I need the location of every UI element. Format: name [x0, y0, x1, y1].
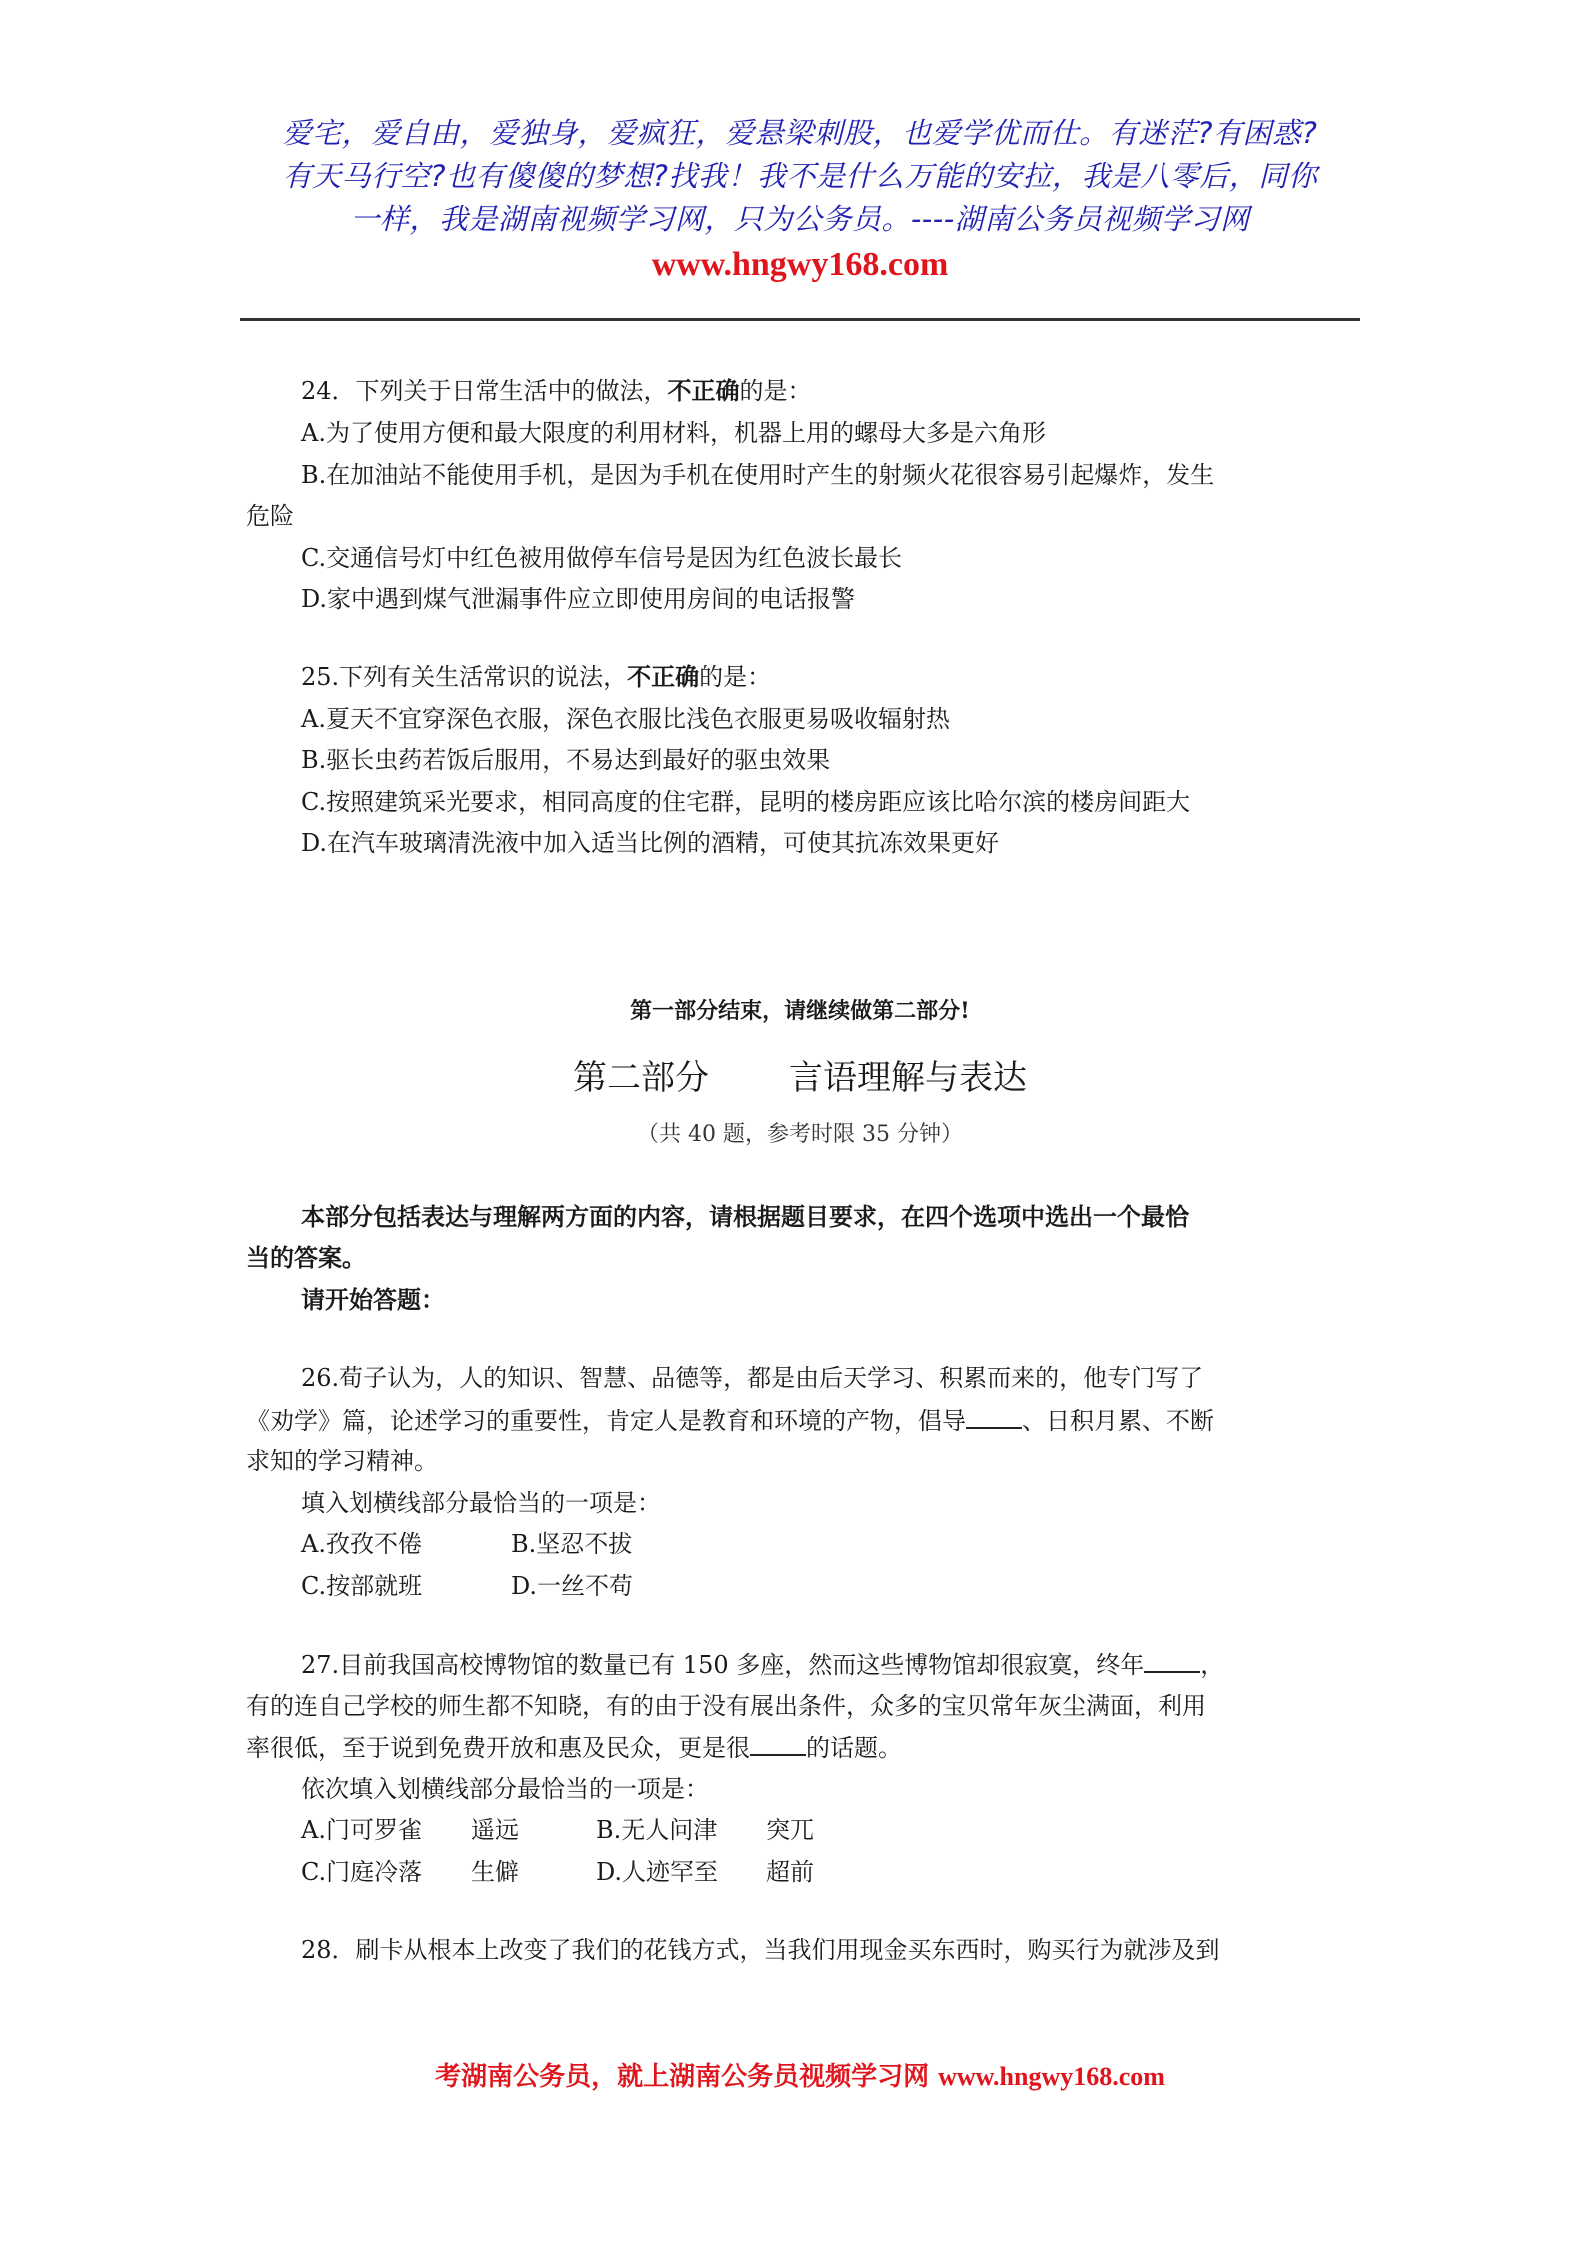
question-26-option-c: C.按部就班	[301, 1571, 511, 1601]
question-27-option-b: B.无人问津	[596, 1815, 766, 1845]
section-end-notice: 第一部分结束，请继续做第二部分!	[240, 994, 1360, 1025]
question-24-suffix: 的是：	[740, 377, 812, 405]
section-start-prompt: 请开始答题：	[301, 1285, 445, 1315]
question-26-text-after: 、日积月累、不断	[1022, 1407, 1214, 1435]
section-title: 第二部分言语理解与表达	[240, 1050, 1360, 1099]
question-27-option-a: A.门可罗雀	[301, 1815, 471, 1845]
question-24-prefix: 24．下列关于日常生活中的做法，	[301, 377, 668, 405]
question-24-option-b: B.在加油站不能使用手机，是因为手机在使用时产生的射频火花很容易引起爆炸，发生	[301, 460, 1214, 490]
section-instructions-cont: 当的答案。	[246, 1243, 366, 1273]
question-27-line-1: 27.目前我国高校博物馆的数量已有 150 多座，然而这些博物馆却很寂寞，终年，	[301, 1649, 1224, 1680]
question-25-emphasis: 不正确	[627, 662, 699, 691]
question-24-option-b-cont: 危险	[246, 501, 294, 531]
section-title-name: 言语理解与表达	[789, 1058, 1027, 1098]
question-25-stem: 25.下列有关生活常识的说法，不正确的是：	[301, 662, 771, 692]
page-footer: 考湖南公务员，就上湖南公务员视频学习网 www.hngwy168.com	[240, 2056, 1360, 2093]
question-26-text: 《劝学》篇，论述学习的重要性，肯定人是教育和环境的产物，倡导	[246, 1407, 966, 1435]
question-27-text-2: 率很低，至于说到免费开放和惠及民众，更是很	[246, 1734, 750, 1762]
question-27-option-d-word: 超前	[766, 1858, 814, 1886]
question-27-option-b-word: 突兀	[766, 1816, 814, 1844]
question-27-prompt: 依次填入划横线部分最恰当的一项是：	[301, 1774, 709, 1804]
question-24-emphasis: 不正确	[668, 376, 740, 405]
question-24-stem: 24．下列关于日常生活中的做法，不正确的是：	[301, 376, 812, 406]
question-27-option-d: D.人迹罕至	[596, 1857, 766, 1887]
header-url-link[interactable]: www.hngwy168.com	[240, 243, 1360, 287]
question-26-option-b: B.坚忍不拔	[511, 1530, 632, 1558]
page-header: 爱宅，爱自由，爱独身，爱疯狂，爱悬梁刺股，也爱学优而仕。有迷茫?有困惑? 有天马…	[240, 112, 1360, 287]
section-title-part: 第二部分	[573, 1058, 709, 1098]
question-25-option-d: D.在汽车玻璃清洗液中加入适当比例的酒精，可使其抗冻效果更好	[301, 828, 999, 858]
question-26-line-2: 《劝学》篇，论述学习的重要性，肯定人是教育和环境的产物，倡导、日积月累、不断	[246, 1405, 1214, 1436]
question-27-text-2-after: 的话题。	[806, 1734, 902, 1762]
question-24-option-a: A.为了使用方便和最大限度的利用材料，机器上用的螺母大多是六角形	[301, 418, 1046, 448]
section-instructions: 本部分包括表达与理解两方面的内容，请根据题目要求，在四个选项中选出一个最恰	[301, 1202, 1189, 1232]
header-slogan-line-1: 爱宅，爱自由，爱独身，爱疯狂，爱悬梁刺股，也爱学优而仕。有迷茫?有困惑?	[240, 112, 1360, 155]
question-24-option-c: C.交通信号灯中红色被用做停车信号是因为红色波长最长	[301, 543, 902, 573]
header-slogan-line-3: 一样，我是湖南视频学习网，只为公务员。----湖南公务员视频学习网	[240, 198, 1360, 241]
footer-url-link[interactable]: www.hngwy168.com	[938, 2062, 1165, 2091]
question-26-options-row-1: A.孜孜不倦B.坚忍不拔	[301, 1529, 632, 1559]
question-28-line-1: 28．刷卡从根本上改变了我们的花钱方式，当我们用现金买东西时，购买行为就涉及到	[301, 1935, 1220, 1965]
question-25-option-b: B.驱长虫药若饭后服用，不易达到最好的驱虫效果	[301, 745, 830, 775]
question-25-option-c: C.按照建筑采光要求，相同高度的住宅群，昆明的楼房距应该比哈尔滨的楼房间距大	[301, 787, 1190, 817]
question-26-line-3: 求知的学习精神。	[246, 1446, 438, 1476]
header-divider	[240, 318, 1360, 321]
question-26-line-1: 26.荀子认为，人的知识、智慧、品德等，都是由后天学习、积累而来的，他专门写了	[301, 1363, 1203, 1393]
footer-text: 考湖南公务员，就上湖南公务员视频学习网	[435, 2062, 938, 2092]
question-26-option-a: A.孜孜不倦	[301, 1529, 511, 1559]
question-27-option-c: C.门庭冷落	[301, 1857, 471, 1887]
header-slogan-line-2: 有天马行空?也有傻傻的梦想?找我！我不是什么万能的安拉，我是八零后，同你	[240, 155, 1360, 198]
question-24-option-d: D.家中遇到煤气泄漏事件应立即使用房间的电话报警	[301, 584, 855, 614]
answer-blank	[750, 1732, 806, 1756]
question-27-options-row-1: A.门可罗雀遥远B.无人问津突兀	[301, 1815, 814, 1845]
question-26-option-d: D.一丝不苟	[511, 1572, 633, 1600]
question-27-text: 27.目前我国高校博物馆的数量已有 150 多座，然而这些博物馆却很寂寞，终年	[301, 1651, 1144, 1679]
question-27-line-3: 率很低，至于说到免费开放和惠及民众，更是很的话题。	[246, 1732, 902, 1763]
question-26-options-row-2: C.按部就班D.一丝不苟	[301, 1571, 633, 1601]
question-25-suffix: 的是：	[699, 663, 771, 691]
answer-blank	[1144, 1649, 1200, 1673]
question-27-option-a-word: 遥远	[471, 1815, 596, 1845]
question-27-line-2: 有的连自己学校的师生都不知晓，有的由于没有展出条件，众多的宝贝常年灰尘满面，利用	[246, 1691, 1206, 1721]
section-subtitle: （共 40 题，参考时限 35 分钟）	[240, 1117, 1360, 1148]
document-page: 爱宅，爱自由，爱独身，爱疯狂，爱悬梁刺股，也爱学优而仕。有迷茫?有困惑? 有天马…	[0, 0, 1594, 2252]
question-27-options-row-2: C.门庭冷落生僻D.人迹罕至超前	[301, 1857, 814, 1887]
question-26-prompt: 填入划横线部分最恰当的一项是：	[301, 1488, 661, 1518]
question-27-text-after: ，	[1200, 1651, 1224, 1679]
question-25-option-a: A.夏天不宜穿深色衣服，深色衣服比浅色衣服更易吸收辐射热	[301, 704, 950, 734]
question-25-prefix: 25.下列有关生活常识的说法，	[301, 663, 627, 691]
question-27-option-c-word: 生僻	[471, 1857, 596, 1887]
answer-blank	[966, 1405, 1022, 1429]
